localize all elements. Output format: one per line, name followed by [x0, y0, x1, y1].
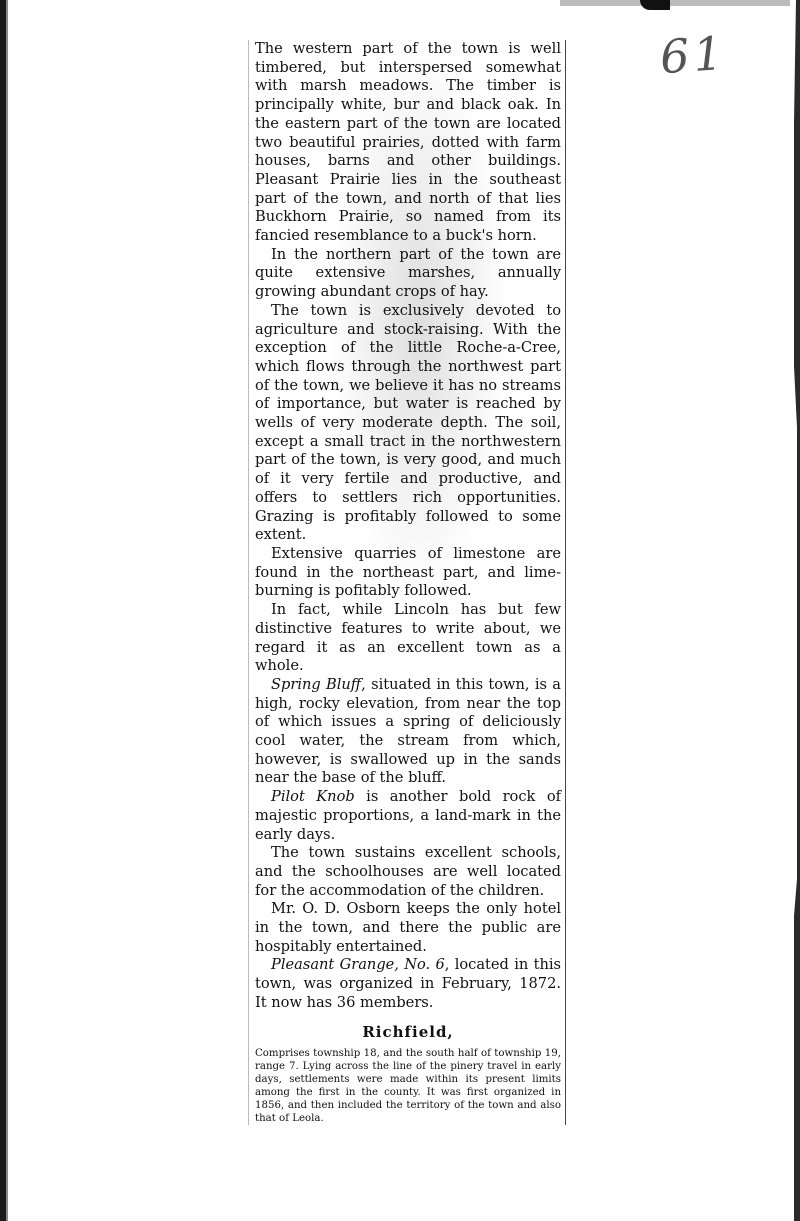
paragraph-5: In fact, while Lincoln has but few disti… — [255, 601, 561, 676]
paragraph-grange: Pleasant Grange, No. 6, located in this … — [255, 956, 561, 1012]
org-name-pleasant-grange: Pleasant Grange, No. 6 — [271, 956, 445, 973]
paragraph-1: The western part of the town is well tim… — [255, 40, 561, 246]
section-heading-richfield: Richfield, — [255, 1023, 561, 1041]
place-name-pilot-knob: Pilot Knob — [271, 788, 355, 805]
paragraph-spring-bluff: Spring Bluff, situated in this town, is … — [255, 676, 561, 788]
scan-top-notch — [640, 0, 670, 10]
scan-left-shadow — [6, 0, 8, 1221]
scan-top-strip — [560, 0, 790, 6]
paragraph-schools: The town sustains excellent schools, and… — [255, 844, 561, 900]
paragraph-4: Extensive quarries of limestone are foun… — [255, 545, 561, 601]
section-body-richfield: Comprises township 18, and the south hal… — [255, 1047, 561, 1125]
paragraph-3: The town is exclusively devoted to agric… — [255, 302, 561, 545]
handwritten-page-number: 61 — [658, 26, 728, 85]
newspaper-column: The western part of the town is well tim… — [248, 40, 566, 1125]
place-name-spring-bluff: Spring Bluff — [271, 676, 361, 693]
scan-right-border — [790, 0, 800, 1221]
paragraph-pilot-knob: Pilot Knob is another bold rock of majes… — [255, 788, 561, 844]
paragraph-2: In the northern part of the town are qui… — [255, 246, 561, 302]
paragraph-hotel: Mr. O. D. Osborn keeps the only hotel in… — [255, 900, 561, 956]
